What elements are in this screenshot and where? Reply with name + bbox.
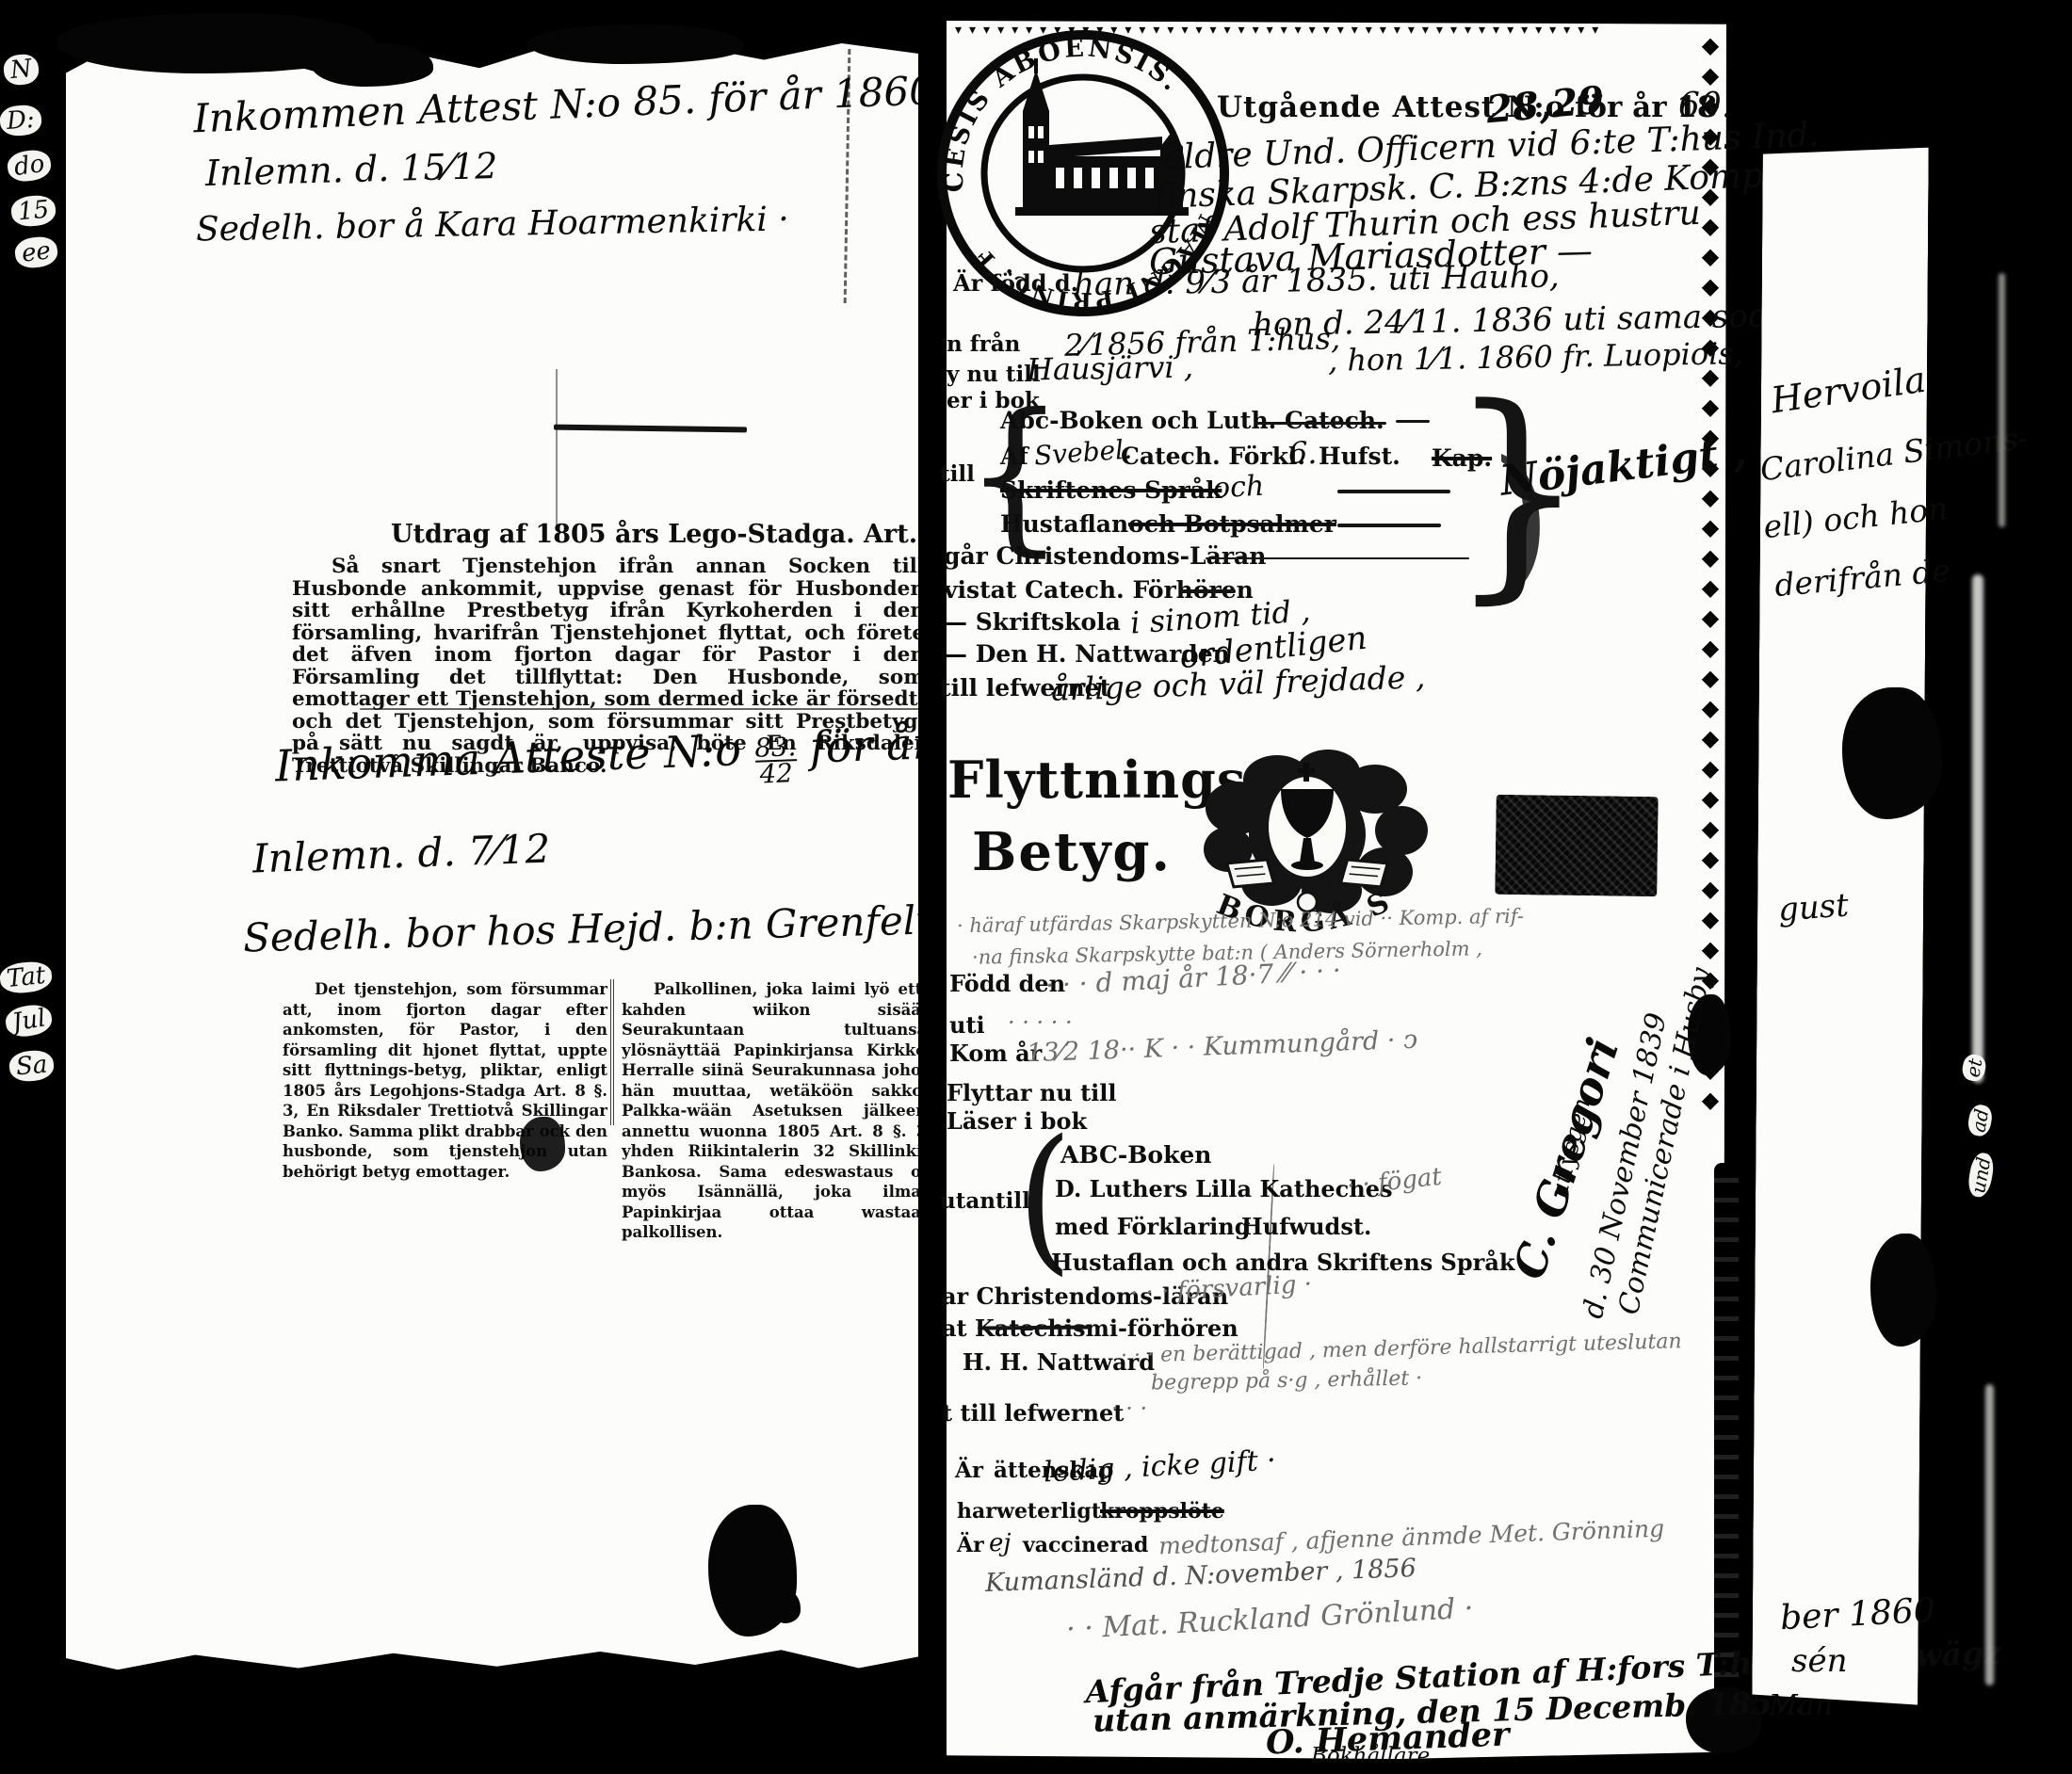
binding-highlight [1972, 574, 1983, 1083]
exam-row-sprak-struck: Skriftenes Språk [1000, 476, 1222, 504]
exam-row-catech-hw2: 6. [1288, 435, 1318, 471]
column-divider [610, 979, 614, 1125]
edge-fragment: Sa [8, 1049, 56, 1083]
status-vaccinated-label2: vaccinerad [1023, 1533, 1148, 1557]
next-page-fragment: ber 1860 [1779, 1591, 1936, 1638]
form-hufwudst-label: Hufwudst. [1241, 1213, 1371, 1240]
exam-row-abc: Abc-Boken och Luth. Catech. [1000, 407, 1384, 434]
blank-rule [1206, 557, 1469, 559]
status-defect-label1: har [957, 1499, 996, 1524]
status-vaccinated-label1: Är [957, 1533, 984, 1557]
certificate-title-line2: Betyg. [972, 821, 1172, 883]
ink-blot [772, 1591, 801, 1623]
exam-row-catech-label2: Catech. Förkl. [1121, 443, 1305, 470]
form-abc-label: ABC-Boken [1060, 1141, 1211, 1169]
form-lefwernet-label: t till lefwernet [942, 1399, 1124, 1427]
form-uti-value: · · · · · [1008, 1009, 1073, 1036]
binding-fragment: und [1966, 1152, 1996, 1199]
status-defect-struck: kroppslöte [1100, 1499, 1224, 1524]
fold-crease [556, 369, 558, 527]
status-vaccinated-ej: ej [989, 1529, 1011, 1557]
exam-row-catech-label1: Af [1000, 443, 1028, 470]
right-edge-strip [1714, 1163, 1739, 1704]
incoming-attest-note-line2: Inlemn. d. 15⁄12 [204, 145, 497, 194]
moved-from-label: n från [947, 331, 1020, 357]
form-utantill-label: utantill [940, 1188, 1030, 1214]
law-text-finnish: Palkollinen, joka laimi lyö että kahden … [622, 979, 932, 1243]
edge-fragment: N [2, 53, 40, 87]
blank-rule [1255, 422, 1386, 425]
edge-fragment: D: [0, 105, 42, 137]
form-forklaring-label: med Förklaring [1055, 1213, 1250, 1240]
exam-row-hustaflan: Hustaflan [1000, 510, 1128, 538]
next-page-fragment: sén [1791, 1642, 1847, 1680]
next-page-blot [1842, 687, 1942, 819]
binding-fragment: ad [1967, 1104, 1994, 1137]
exam-row-hustaflan-struck: och Botpsalmer [1128, 510, 1336, 538]
binding-highlight [1999, 273, 2005, 527]
next-page-blot [1870, 1234, 1936, 1347]
exam-row-sprak-hw: och [1212, 470, 1265, 506]
divider-rule [360, 708, 925, 710]
blank-rule [1337, 524, 1441, 527]
form-nattward-value2: begrepp på s·g , erhållet · [1151, 1366, 1423, 1395]
blank-rule [1337, 490, 1450, 493]
exam-row-skriftskola: — Skriftskola [944, 608, 1121, 636]
edge-fragment: ee [13, 234, 58, 269]
scan-smear [527, 24, 744, 64]
edge-fragment: Jul [4, 1002, 55, 1039]
scanned-church-record: N D: do 15 ee Tat Jul Sa Inkommen Attest… [0, 0, 2072, 1774]
edge-fragment: Tat [0, 960, 54, 995]
next-page-fragment: Man [1769, 1689, 1833, 1722]
status-defect-label2: weterligt. [996, 1499, 1109, 1524]
blank-rule [1396, 420, 1430, 423]
statute-heading: Utdrag af 1805 års Lego-Stadga. Art. 8 §… [391, 520, 928, 549]
footer-signature-title: Bokhållare [1311, 1744, 1430, 1768]
exam-till-label: till [940, 461, 975, 487]
edge-fragment: 15 [10, 194, 57, 228]
exam-row-christendoms: går Christendoms-Läran [944, 542, 1266, 570]
blank-rule [1179, 589, 1236, 593]
form-flyttar-label: Flyttar nu till [947, 1079, 1117, 1106]
ink-stamp [1495, 795, 1658, 896]
attest2-number-bottom: 42 [755, 761, 798, 787]
status-marriage-label1: Är [955, 1458, 983, 1483]
form-uti-label: uti [949, 1011, 985, 1039]
binding-highlight [1985, 1384, 1994, 1685]
form-lefwernet-value: · · · [1111, 1395, 1147, 1422]
ink-blot [520, 1117, 565, 1171]
edge-fragment: do [6, 148, 53, 184]
attest2-number: 83. 42 [754, 734, 798, 787]
scan-smear [311, 43, 433, 87]
exam-row-catech-label3: Hufst. [1319, 443, 1400, 470]
born-label: Är född d. [953, 269, 1078, 297]
next-page-fragment: gust [1777, 886, 1850, 928]
form-luther-label: D. Luthers Lilla Katheches [1055, 1175, 1393, 1202]
